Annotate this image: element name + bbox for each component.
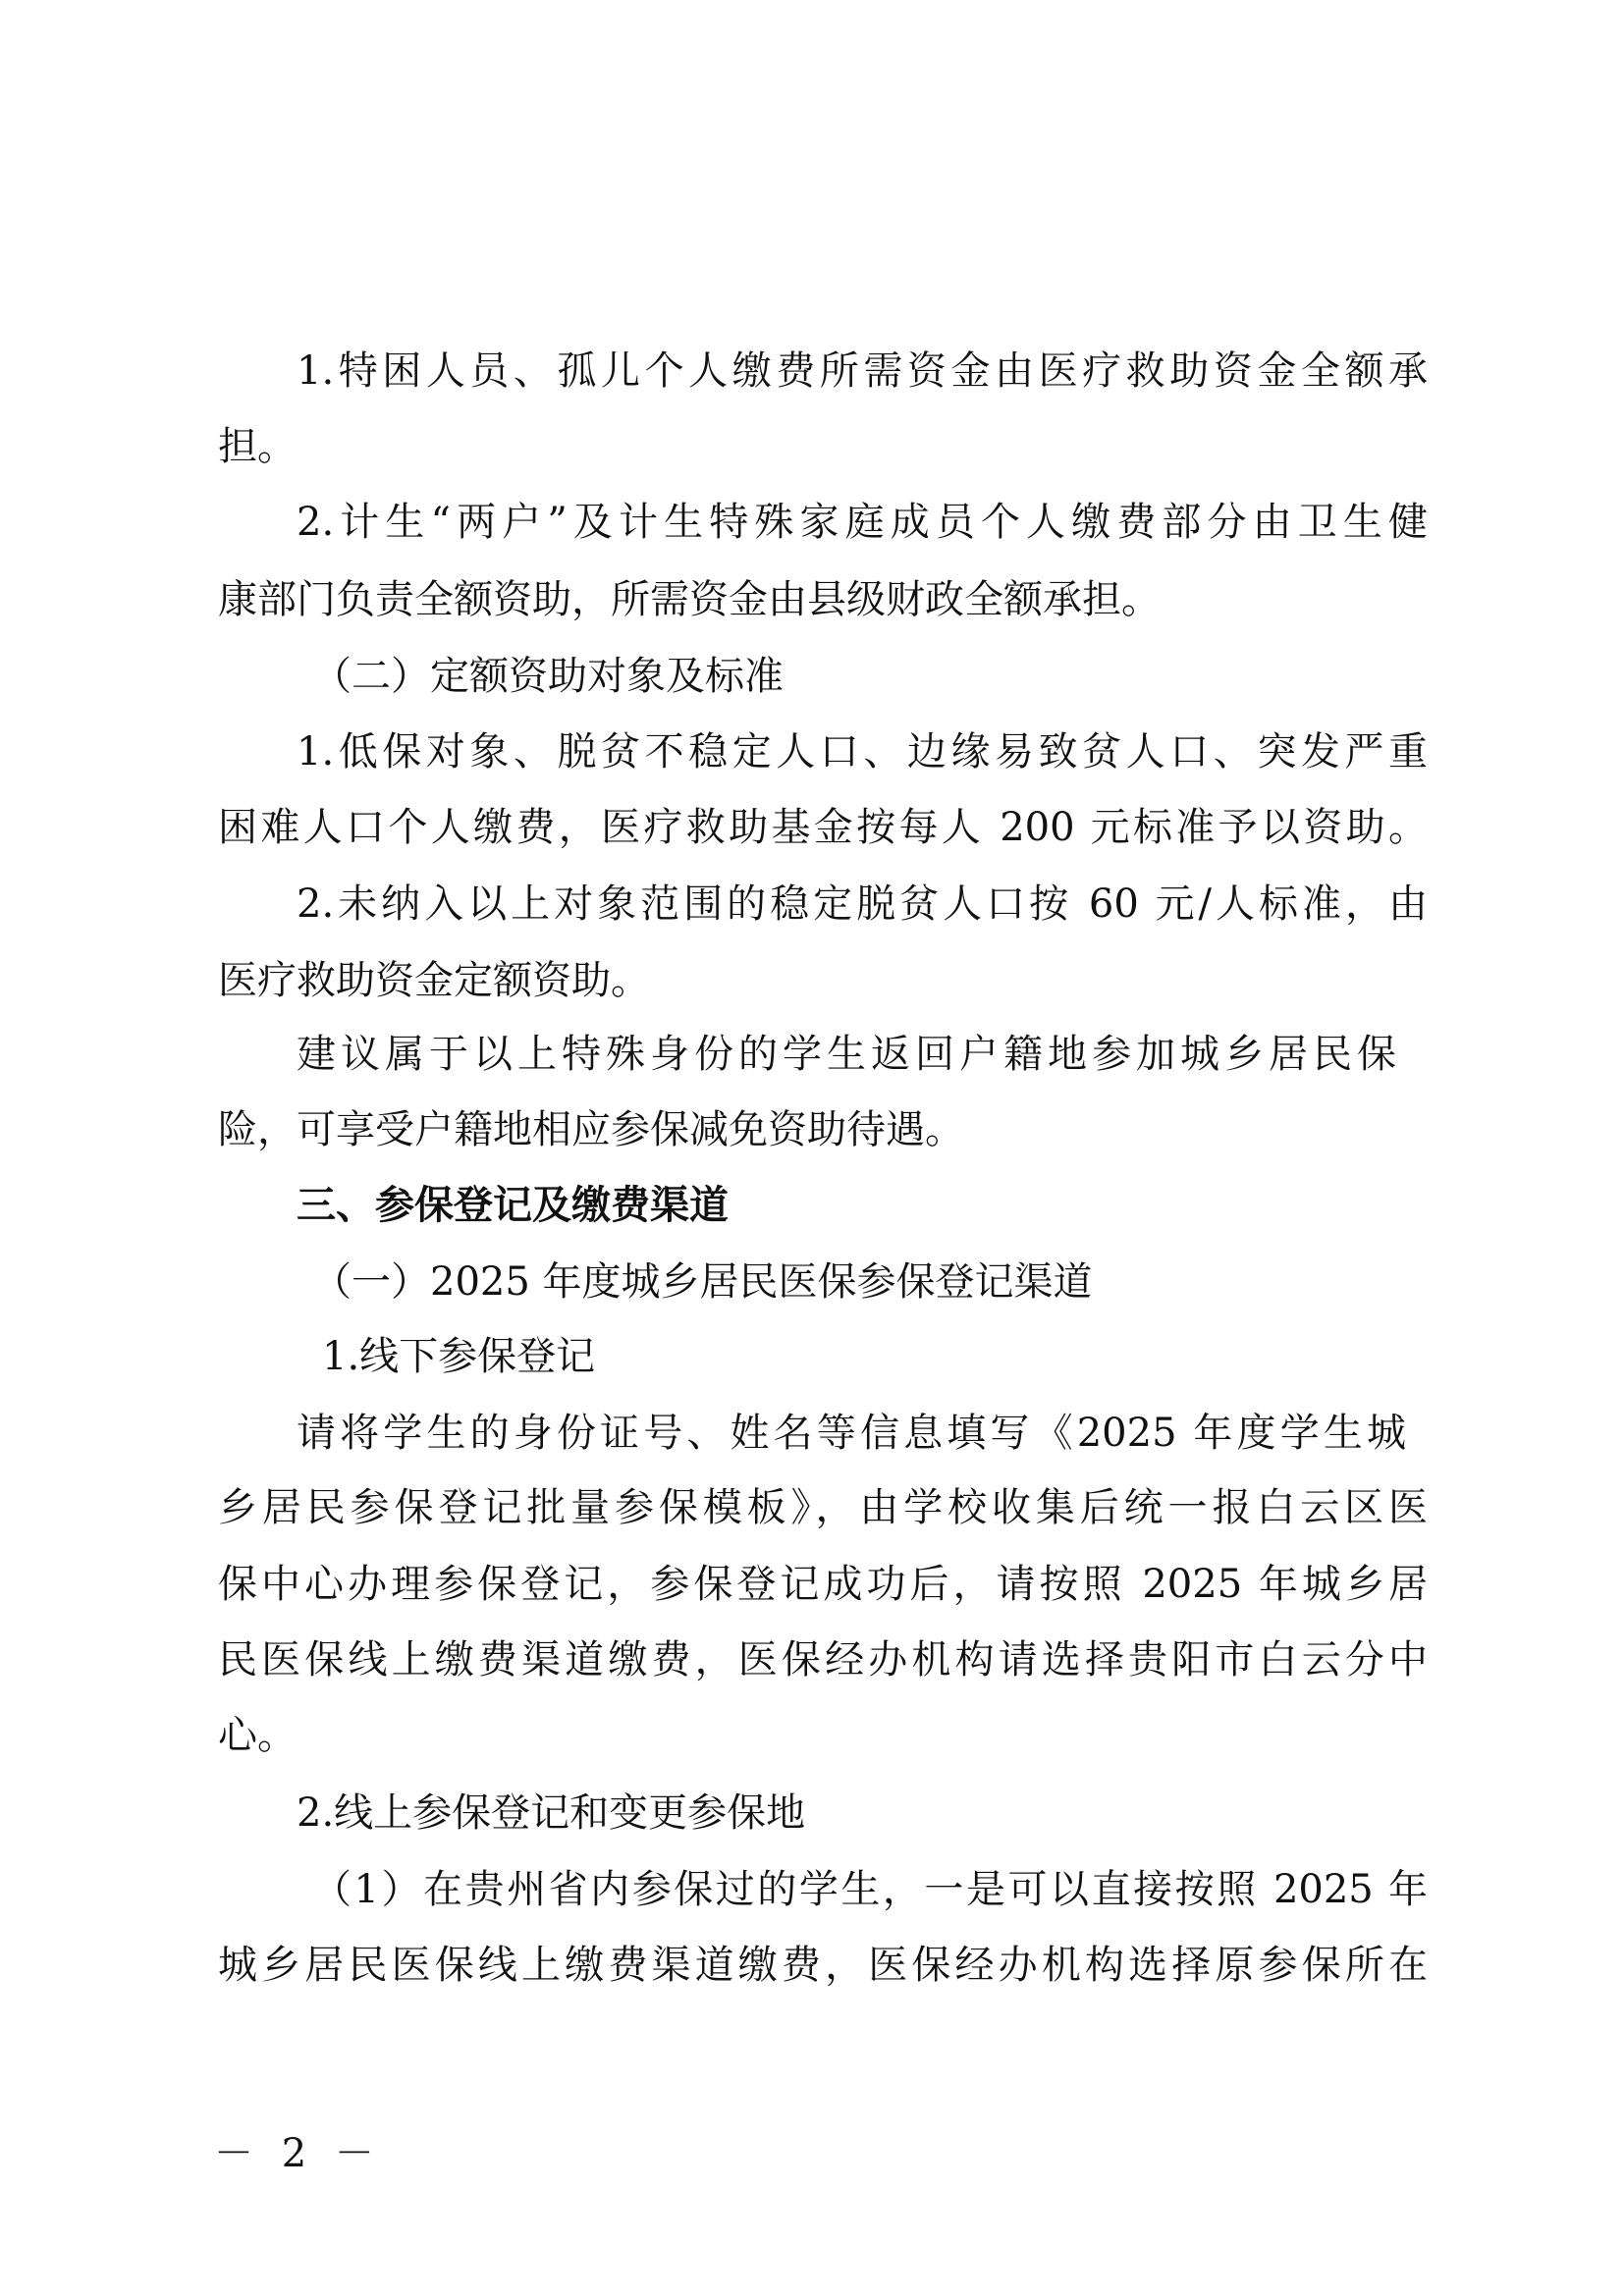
subsection-heading: （二）定额资助对象及标准 [312,651,1522,702]
paragraph-line: 1.低保对象、脱贫不稳定人口、边缘易致贫人口、突发严重 [297,726,1428,777]
paragraph-line: 心。 [218,1710,1428,1761]
item-heading: 1.线下参保登记 [322,1331,1532,1382]
paragraph-line: 困难人口个人缴费，医疗救助基金按每人 200 元标准予以资助。 [218,802,1428,853]
paragraph-line: 民医保线上缴费渠道缴费，医保经办机构请选择贵阳市白云分中 [218,1634,1428,1685]
paragraph-line: 建议属于以上特殊身份的学生返回户籍地参加城乡居民保 [297,1029,1396,1080]
paragraph-line: 担。 [218,421,1428,472]
paragraph-line: 乡居民参保登记批量参保模板》，由学校收集后统一报白云区医 [218,1482,1428,1533]
section-heading: 三、参保登记及缴费渠道 [297,1180,1428,1231]
paragraph-line: 险，可享受户籍地相应参保减免资助待遇。 [218,1104,1428,1155]
paragraph-line: 康部门负责全额资助，所需资金由县级财政全额承担。 [218,574,1428,625]
paragraph-line: 2.计生“两户”及计生特殊家庭成员个人缴费部分由卫生健 [297,497,1428,548]
paragraph-line: 请将学生的身份证号、姓名等信息填写《2025 年度学生城 [297,1408,1406,1459]
paragraph-line: 城乡居民医保线上缴费渠道缴费，医保经办机构选择原参保所在 [218,1940,1428,1991]
page-number: － 2 － [214,2128,382,2179]
paragraph-line: 保中心办理参保登记，参保登记成功后，请按照 2025 年城乡居 [218,1559,1428,1610]
subsection-heading: （一）2025 年度城乡居民医保参保登记渠道 [312,1256,1522,1308]
paragraph-line: （1）在贵州省内参保过的学生，一是可以直接按照 2025 年 [312,1864,1428,1915]
item-heading: 2.线上参保登记和变更参保地 [297,1788,1428,1839]
paragraph-line: 1.特困人员、孤儿个人缴费所需资金由医疗救助资金全额承 [297,346,1428,397]
paragraph-line: 医疗救助资金定额资助。 [218,955,1428,1006]
paragraph-line: 2.未纳入以上对象范围的稳定脱贫人口按 60 元/人标准，由 [297,879,1428,930]
